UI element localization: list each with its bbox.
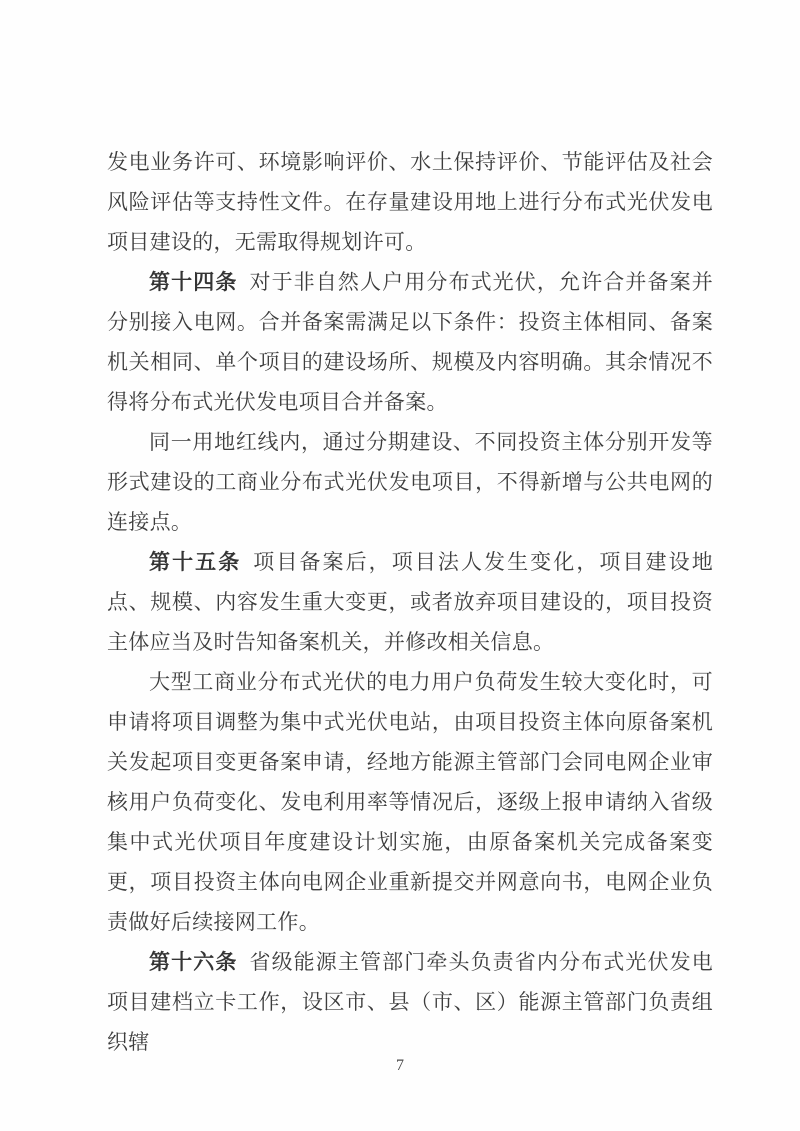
paragraph: 第十六条省级能源主管部门牵头负责省内分布式光伏发电项目建档立卡工作，设区市、县（… <box>107 942 713 1062</box>
paragraph: 第十四条对于非自然人户用分布式光伏，允许合并备案并分别接入电网。合并备案需满足以… <box>107 262 713 422</box>
paragraph: 发电业务许可、环境影响评价、水土保持评价、节能评估及社会风险评估等支持性文件。在… <box>107 142 713 262</box>
article-number: 第十六条 <box>149 950 237 974</box>
document-page: 发电业务许可、环境影响评价、水土保持评价、节能评估及社会风险评估等支持性文件。在… <box>0 0 800 1131</box>
paragraph: 第十五条项目备案后，项目法人发生变化，项目建设地点、规模、内容发生重大变更，或者… <box>107 542 713 662</box>
paragraph: 大型工商业分布式光伏的电力用户负荷发生较大变化时，可申请将项目调整为集中式光伏电… <box>107 662 713 942</box>
paragraph: 同一用地红线内，通过分期建设、不同投资主体分别开发等形式建设的工商业分布式光伏发… <box>107 422 713 542</box>
article-number: 第十四条 <box>149 270 237 294</box>
paragraph-text: 发电业务许可、环境影响评价、水土保持评价、节能评估及社会风险评估等支持性文件。在… <box>107 150 713 254</box>
article-number: 第十五条 <box>149 550 241 574</box>
paragraph-text: 同一用地红线内，通过分期建设、不同投资主体分别开发等形式建设的工商业分布式光伏发… <box>107 430 713 534</box>
document-body: 发电业务许可、环境影响评价、水土保持评价、节能评估及社会风险评估等支持性文件。在… <box>107 142 713 1062</box>
paragraph-text: 大型工商业分布式光伏的电力用户负荷发生较大变化时，可申请将项目调整为集中式光伏电… <box>107 670 713 934</box>
page-number: 7 <box>0 1056 800 1076</box>
